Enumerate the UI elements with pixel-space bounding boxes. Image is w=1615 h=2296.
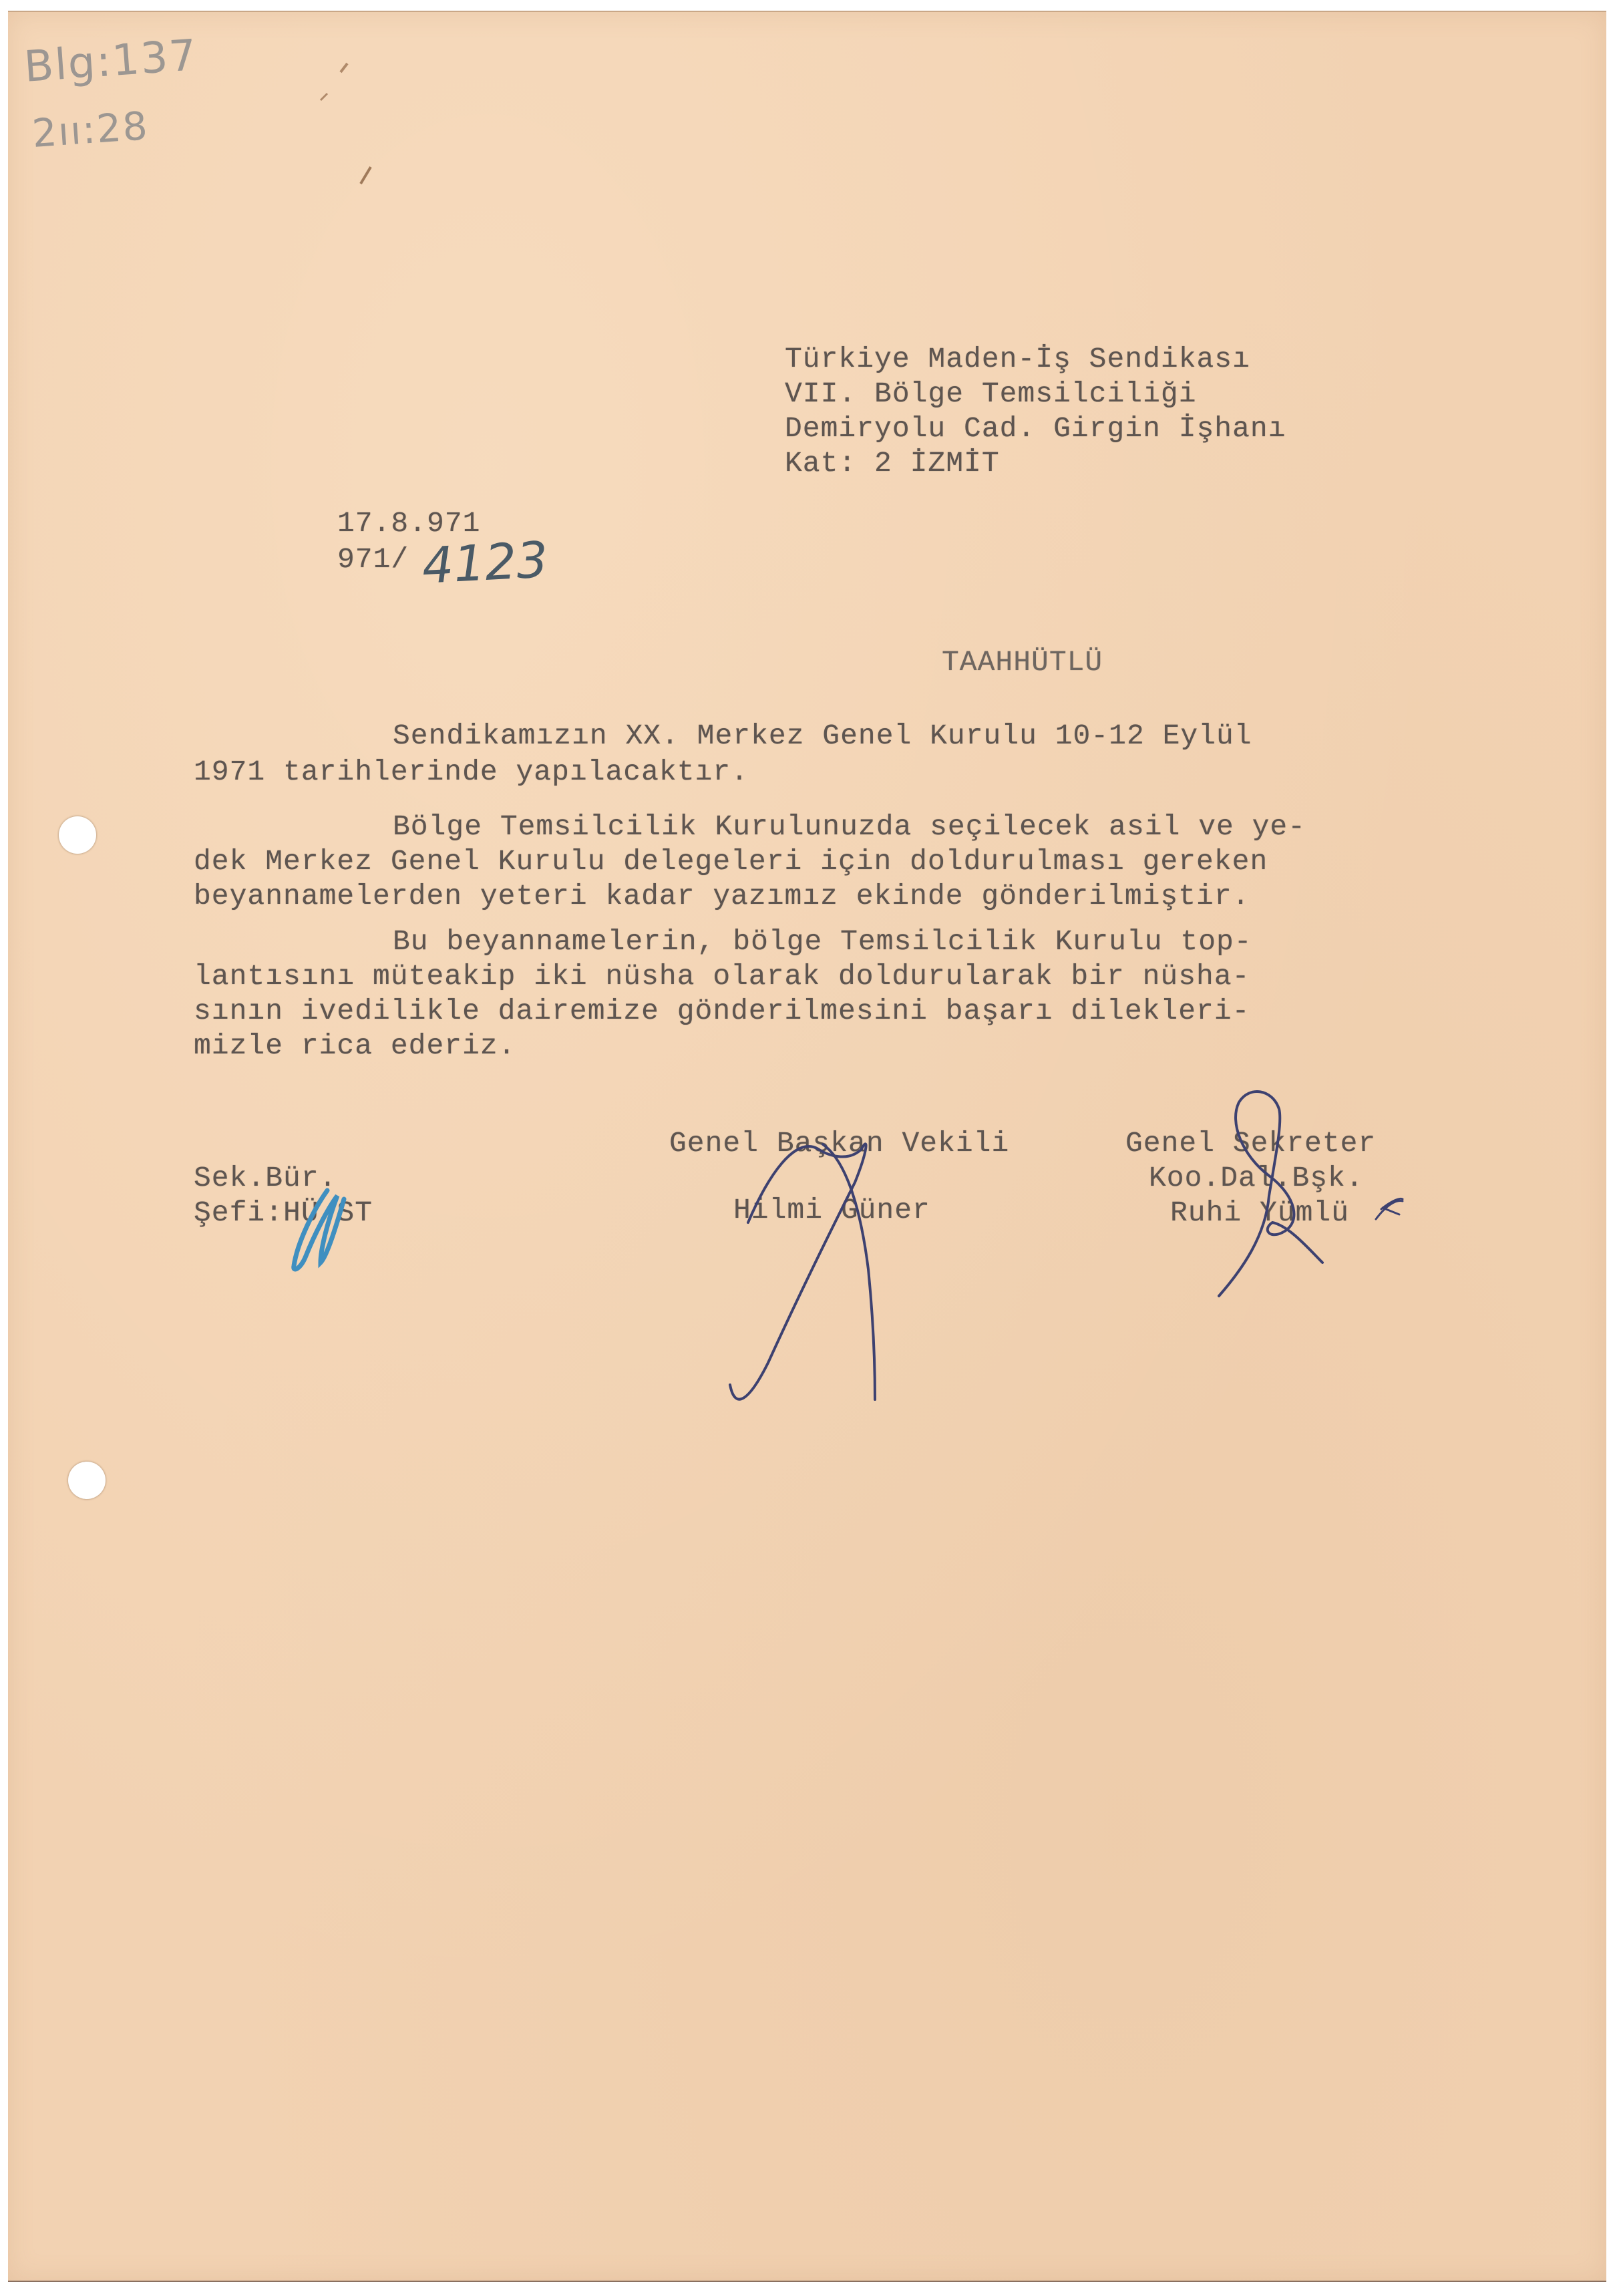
stray-marks [0,0,1615,2296]
